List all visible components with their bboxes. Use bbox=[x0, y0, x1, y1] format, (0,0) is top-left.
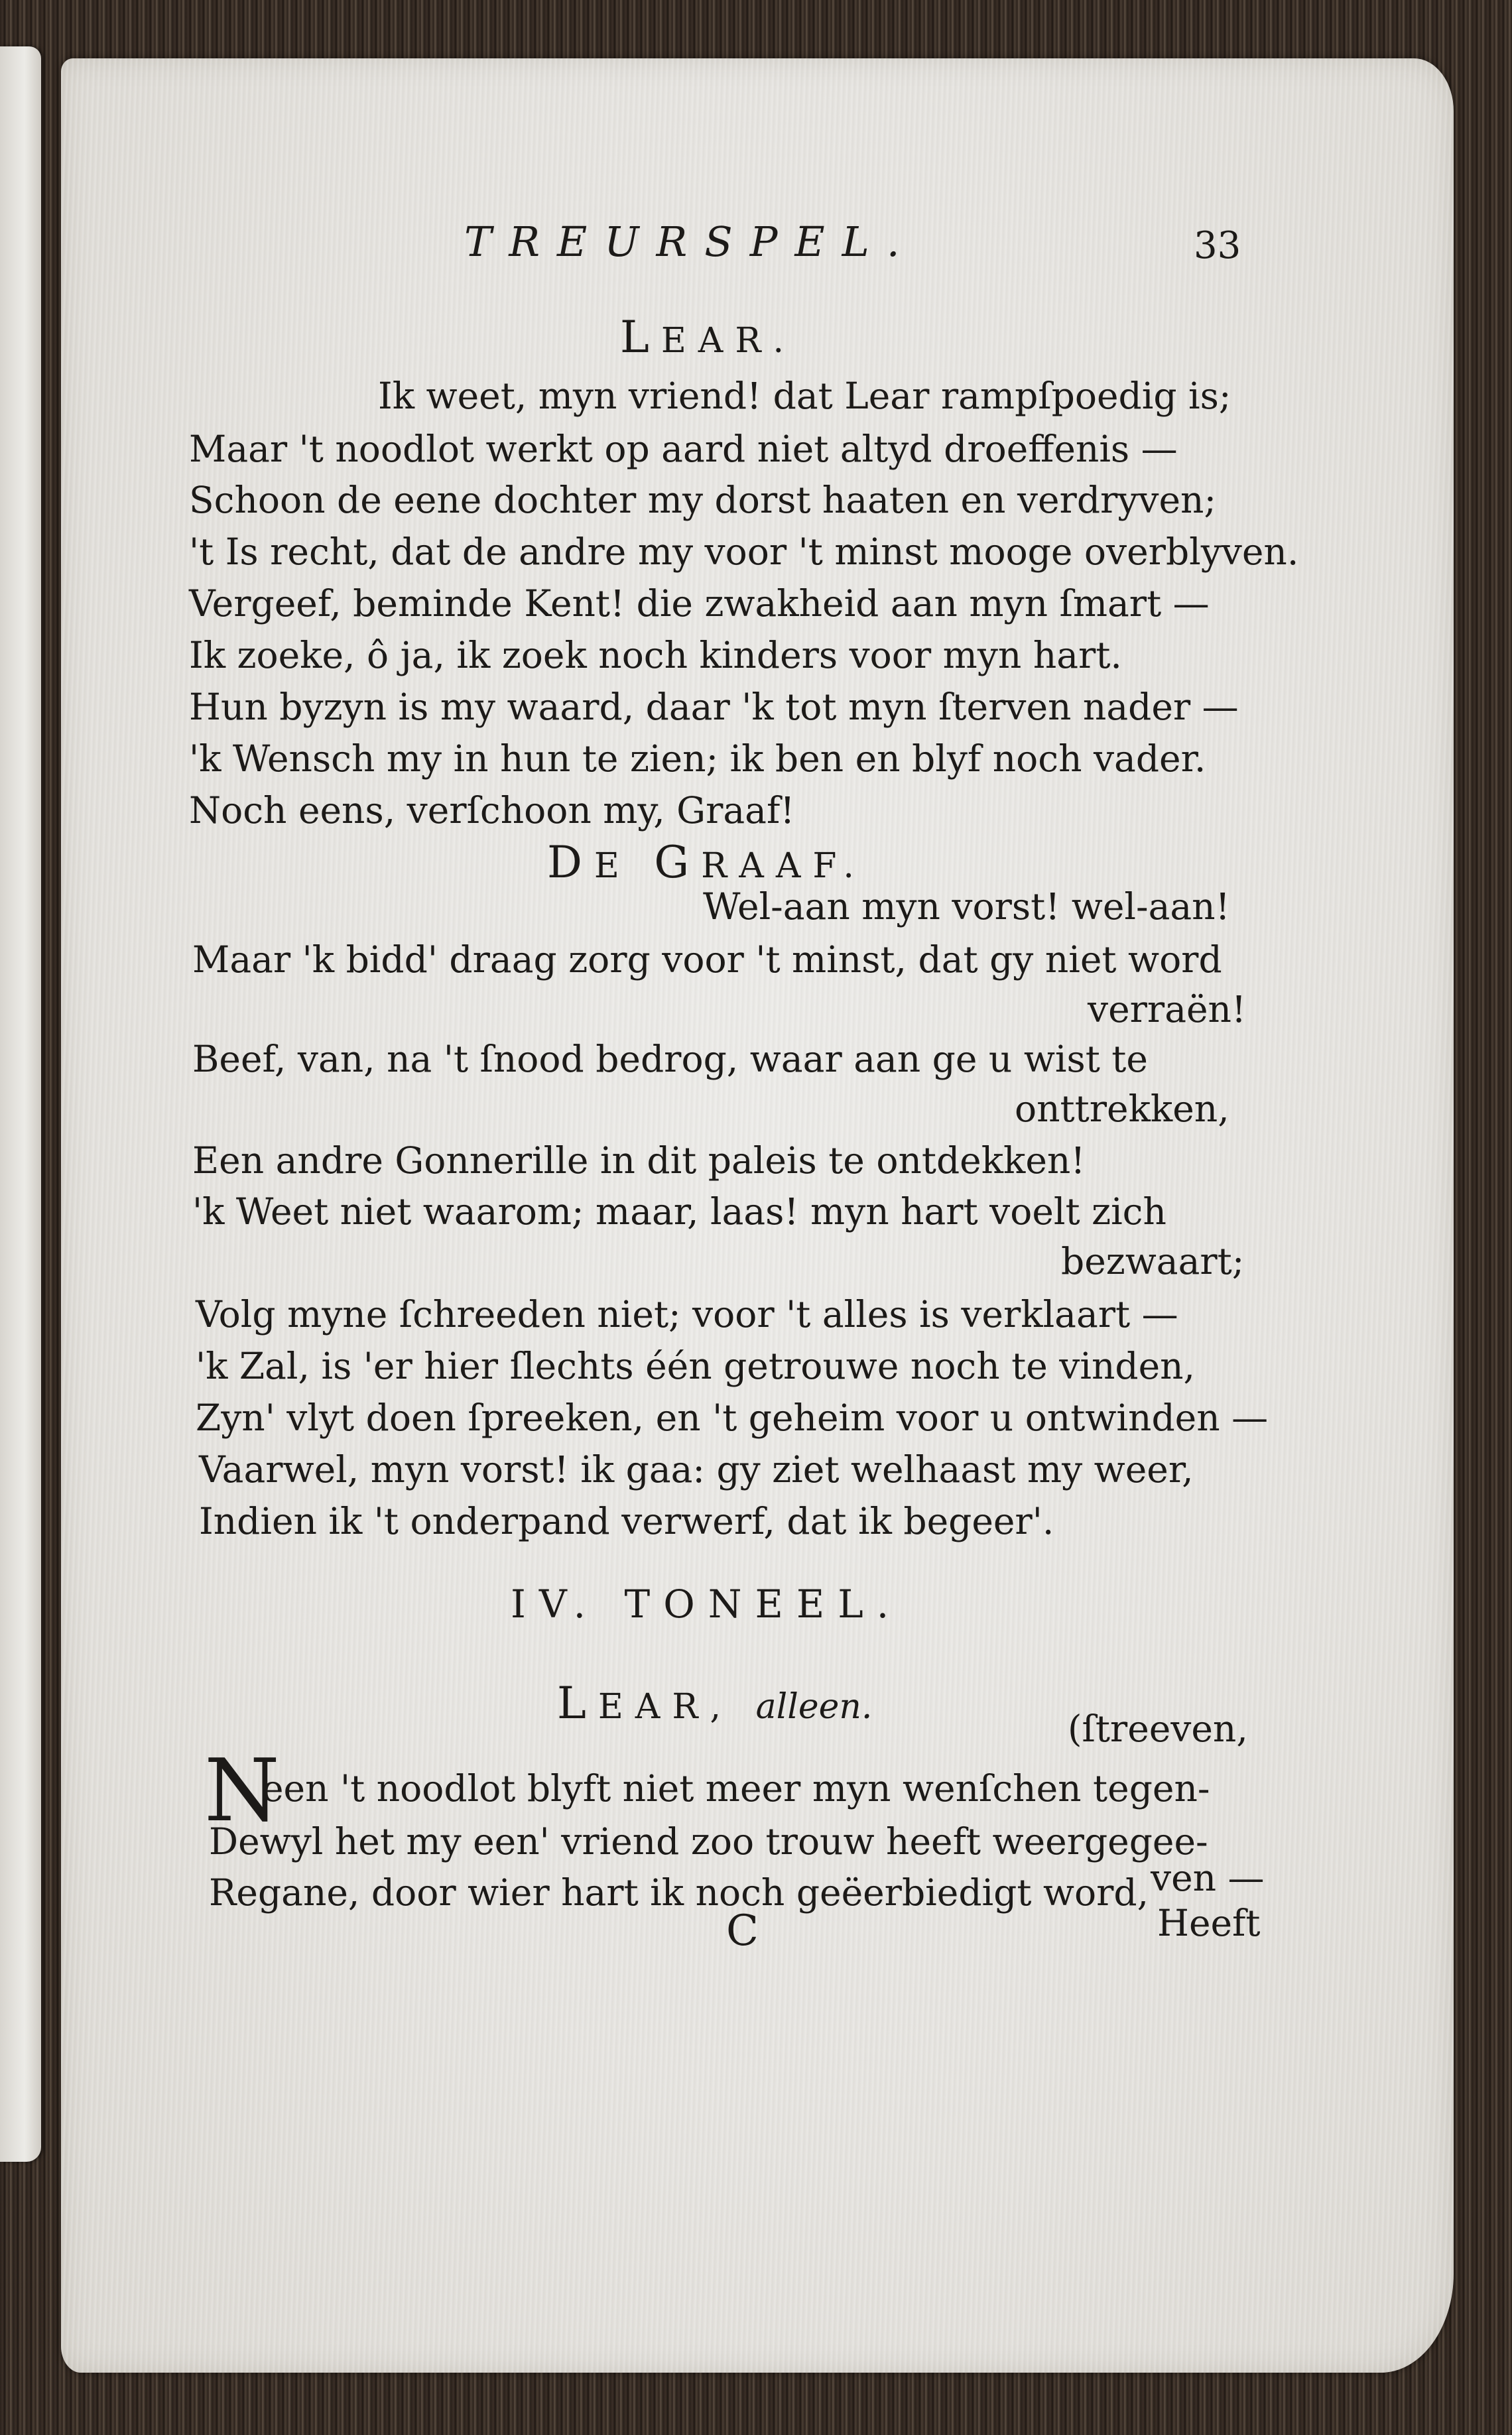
verse-line: Volg myne ſchreeden niet; voor 't alles … bbox=[196, 1293, 1178, 1336]
verse-line: Maar 't noodlot werkt op aard niet altyd… bbox=[189, 428, 1178, 470]
previous-page-edge bbox=[0, 46, 41, 2162]
verse-line-overflow: bezwaart; bbox=[1061, 1240, 1244, 1282]
verse-line: Schoon de eene dochter my dorst haaten e… bbox=[189, 479, 1216, 521]
page-number: 33 bbox=[1194, 224, 1241, 267]
verse-line: Indien ik 't onderpand verwerf, dat ik b… bbox=[199, 1500, 1054, 1542]
speaker-rest: E bbox=[594, 846, 631, 886]
verse-line: Dewyl het my een' vriend zoo trouw heeft… bbox=[209, 1820, 1208, 1863]
speaker-rest: RAAF. bbox=[701, 846, 866, 886]
speaker-rest: EAR, bbox=[598, 1687, 733, 1727]
verse-line: Vaarwel, myn vorst! ik gaa: gy ziet welh… bbox=[199, 1448, 1194, 1491]
verse-line: 'k Zal, is 'er hier ſlechts één getrouwe… bbox=[196, 1345, 1195, 1387]
verse-line: Wel-aan myn vorst! wel-aan! bbox=[703, 885, 1230, 928]
verse-line-overflow: verraën! bbox=[1088, 988, 1246, 1030]
speaker-rest: EAR. bbox=[661, 321, 796, 361]
speaker-initial: L bbox=[557, 1678, 598, 1729]
verse-line: Regane, door wier hart ik noch geëerbied… bbox=[209, 1871, 1149, 1914]
verse-line: 'k Wensch my in hun te zien; ik ben en b… bbox=[189, 737, 1206, 780]
verse-line: 't Is recht, dat de andre my voor 't min… bbox=[189, 531, 1298, 573]
verse-line: Ik zoeke, ô ja, ik zoek noch kinders voo… bbox=[189, 634, 1122, 676]
speaker-initial: D bbox=[547, 837, 594, 888]
speaker-initial: G bbox=[654, 837, 701, 888]
verse-line: Vergeef, beminde Kent! die zwakheid aan … bbox=[189, 582, 1210, 625]
verse-line-overflow: ven — bbox=[1151, 1857, 1265, 1899]
speaker-lear: LEAR. bbox=[620, 312, 796, 363]
verse-line-overflow: onttrekken, bbox=[1015, 1088, 1229, 1130]
speaker-initial: L bbox=[620, 312, 661, 363]
verse-line: Zyn' vlyt doen ſpreeken, en 't geheim vo… bbox=[196, 1397, 1268, 1439]
signature-mark: C bbox=[726, 1906, 759, 1956]
catchword: Heeft bbox=[1157, 1902, 1261, 1944]
stage-direction: alleen. bbox=[756, 1687, 873, 1727]
verse-line: Ik weet, myn vriend! dat Lear rampſpoedi… bbox=[378, 375, 1231, 417]
verse-line: Beef, van, na 't ſnood bedrog, waar aan … bbox=[192, 1038, 1148, 1080]
verse-line: Een andre Gonnerille in dit paleis te on… bbox=[192, 1139, 1085, 1182]
speaker-lear-alone: LEAR, alleen. bbox=[557, 1678, 872, 1729]
verse-line: Noch eens, verſchoon my, Graaf! bbox=[189, 789, 794, 832]
scene-heading: IV. TONEEL. bbox=[511, 1582, 902, 1627]
running-title: TREURSPEL. bbox=[464, 218, 917, 266]
verse-line: een 't noodlot blyft niet meer myn wenſc… bbox=[262, 1767, 1210, 1810]
speaker-de-graaf: DE GRAAF. bbox=[547, 837, 866, 888]
verse-line-overflow: (ſtreeven, bbox=[1068, 1708, 1248, 1750]
verse-line: Maar 'k bidd' draag zorg voor 't minst, … bbox=[192, 938, 1222, 981]
verse-line: Hun byzyn is my waard, daar 'k tot myn ſ… bbox=[189, 686, 1239, 728]
verse-line: 'k Weet niet waarom; maar, laas! myn har… bbox=[192, 1190, 1166, 1233]
